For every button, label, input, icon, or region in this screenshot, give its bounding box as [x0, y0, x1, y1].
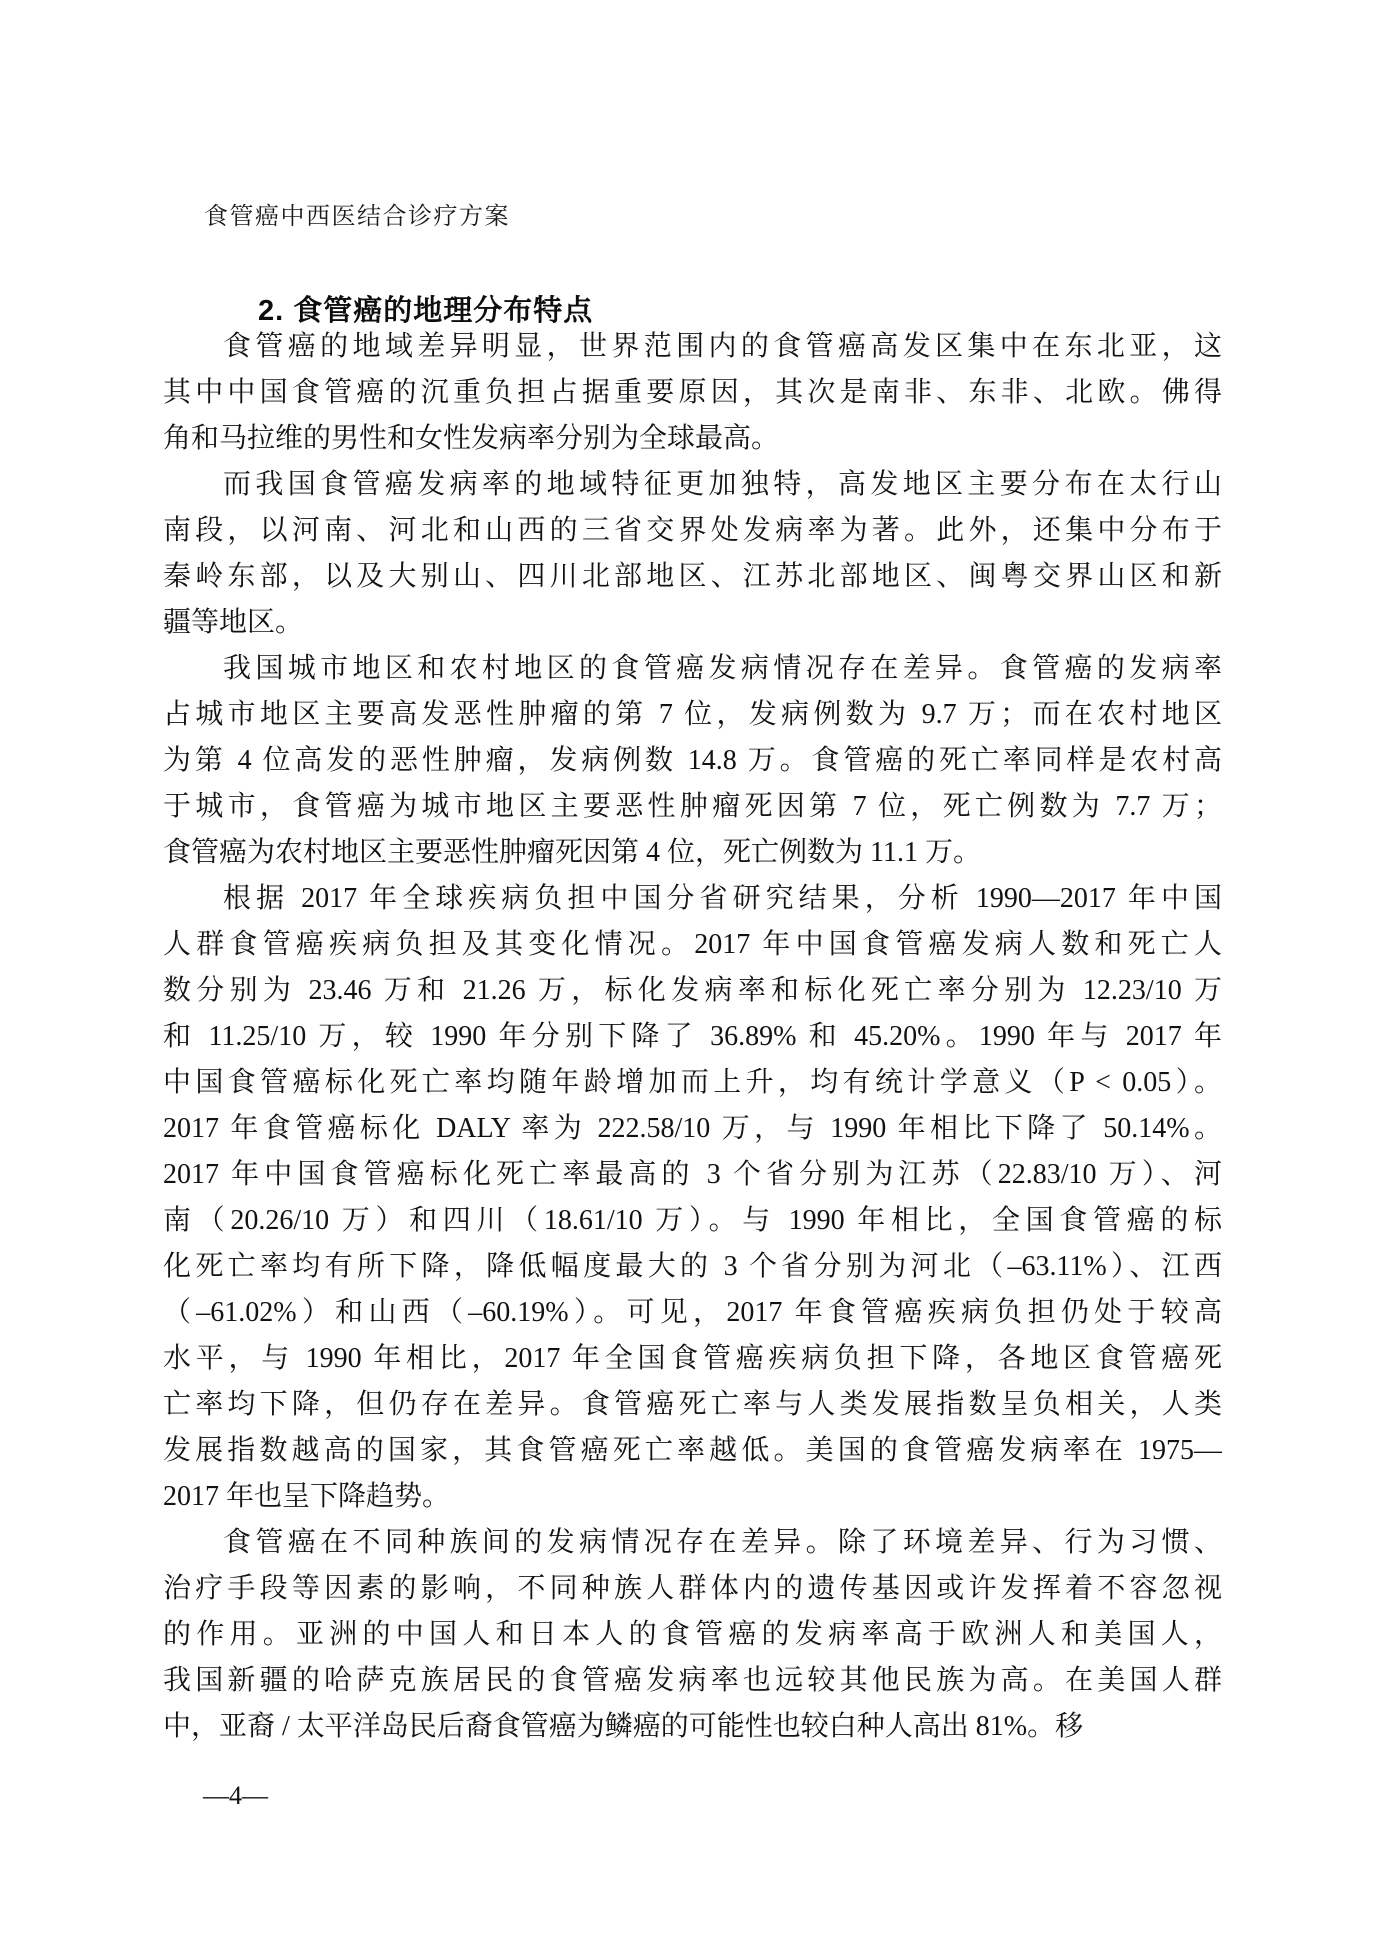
text-line: 亡率均下降，但仍存在差异。食管癌死亡率与人类发展指数呈负相关，人类: [163, 1382, 1222, 1428]
text-line: （–61.02%）和山西（–60.19%）。可见，2017 年食管癌疾病负担仍处…: [163, 1290, 1222, 1336]
paragraph: 而我国食管癌发病率的地域特征更加独特，高发地区主要分布在太行山南段，以河南、河北…: [163, 462, 1222, 646]
text-line: 和 11.25/10 万，较 1990 年分别下降了 36.89% 和 45.2…: [163, 1014, 1222, 1060]
text-line: 我国新疆的哈萨克族居民的食管癌发病率也远较其他民族为高。在美国人群: [163, 1658, 1222, 1704]
paragraph: 食管癌在不同种族间的发病情况存在差异。除了环境差异、行为习惯、治疗手段等因素的影…: [163, 1520, 1222, 1750]
text-line: 水平，与 1990 年相比，2017 年全国食管癌疾病负担下降，各地区食管癌死: [163, 1336, 1222, 1382]
body-text: 食管癌的地域差异明显，世界范围内的食管癌高发区集中在东北亚，这其中中国食管癌的沉…: [163, 324, 1222, 1750]
text-line: 2017 年也呈下降趋势。: [163, 1474, 1222, 1520]
text-line: 占城市地区主要高发恶性肿瘤的第 7 位，发病例数为 9.7 万；而在农村地区: [163, 692, 1222, 738]
paragraph: 根据 2017 年全球疾病负担中国分省研究结果，分析 1990—2017 年中国…: [163, 876, 1222, 1520]
text-line: 治疗手段等因素的影响，不同种族人群体内的遗传基因或许发挥着不容忽视: [163, 1566, 1222, 1612]
text-line: 2017 年食管癌标化 DALY 率为 222.58/10 万，与 1990 年…: [163, 1106, 1222, 1152]
text-line: 食管癌的地域差异明显，世界范围内的食管癌高发区集中在东北亚，这: [163, 324, 1222, 370]
section-heading: 2. 食管癌的地理分布特点: [163, 288, 1222, 329]
text-line: 2017 年中国食管癌标化死亡率最高的 3 个省分别为江苏（22.83/10 万…: [163, 1152, 1222, 1198]
text-line: 中国食管癌标化死亡率均随年龄增加而上升，均有统计学意义（P < 0.05）。: [163, 1060, 1222, 1106]
document-page: 食管癌中西医结合诊疗方案 2. 食管癌的地理分布特点 食管癌的地域差异明显，世界…: [0, 0, 1386, 1938]
text-line: 而我国食管癌发病率的地域特征更加独特，高发地区主要分布在太行山: [163, 462, 1222, 508]
text-line: 发展指数越高的国家，其食管癌死亡率越低。美国的食管癌发病率在 1975—: [163, 1428, 1222, 1474]
text-line: 人群食管癌疾病负担及其变化情况。2017 年中国食管癌发病人数和死亡人: [163, 922, 1222, 968]
text-line: 的作用。亚洲的中国人和日本人的食管癌的发病率高于欧洲人和美国人，: [163, 1612, 1222, 1658]
text-line: 于城市，食管癌为城市地区主要恶性肿瘤死因第 7 位，死亡例数为 7.7 万；: [163, 784, 1222, 830]
text-line: 南（20.26/10 万）和四川（18.61/10 万）。与 1990 年相比，…: [163, 1198, 1222, 1244]
page-number: —4—: [203, 1781, 268, 1811]
text-line: 中，亚裔 / 太平洋岛民后裔食管癌为鳞癌的可能性也较白种人高出 81%。移: [163, 1704, 1222, 1750]
text-line: 为第 4 位高发的恶性肿瘤，发病例数 14.8 万。食管癌的死亡率同样是农村高: [163, 738, 1222, 784]
text-line: 数分别为 23.46 万和 21.26 万，标化发病率和标化死亡率分别为 12.…: [163, 968, 1222, 1014]
text-line: 其中中国食管癌的沉重负担占据重要原因，其次是南非、东非、北欧。佛得: [163, 370, 1222, 416]
paragraph: 食管癌的地域差异明显，世界范围内的食管癌高发区集中在东北亚，这其中中国食管癌的沉…: [163, 324, 1222, 462]
text-line: 秦岭东部，以及大别山、四川北部地区、江苏北部地区、闽粤交界山区和新: [163, 554, 1222, 600]
text-line: 化死亡率均有所下降，降低幅度最大的 3 个省分别为河北（–63.11%）、江西: [163, 1244, 1222, 1290]
text-line: 我国城市地区和农村地区的食管癌发病情况存在差异。食管癌的发病率: [163, 646, 1222, 692]
text-line: 角和马拉维的男性和女性发病率分别为全球最高。: [163, 416, 1222, 462]
text-line: 疆等地区。: [163, 600, 1222, 646]
running-head: 食管癌中西医结合诊疗方案: [204, 196, 510, 231]
text-line: 食管癌为农村地区主要恶性肿瘤死因第 4 位，死亡例数为 11.1 万。: [163, 830, 1222, 876]
paragraph: 我国城市地区和农村地区的食管癌发病情况存在差异。食管癌的发病率占城市地区主要高发…: [163, 646, 1222, 876]
text-line: 南段，以河南、河北和山西的三省交界处发病率为著。此外，还集中分布于: [163, 508, 1222, 554]
text-line: 食管癌在不同种族间的发病情况存在差异。除了环境差异、行为习惯、: [163, 1520, 1222, 1566]
text-line: 根据 2017 年全球疾病负担中国分省研究结果，分析 1990—2017 年中国: [163, 876, 1222, 922]
